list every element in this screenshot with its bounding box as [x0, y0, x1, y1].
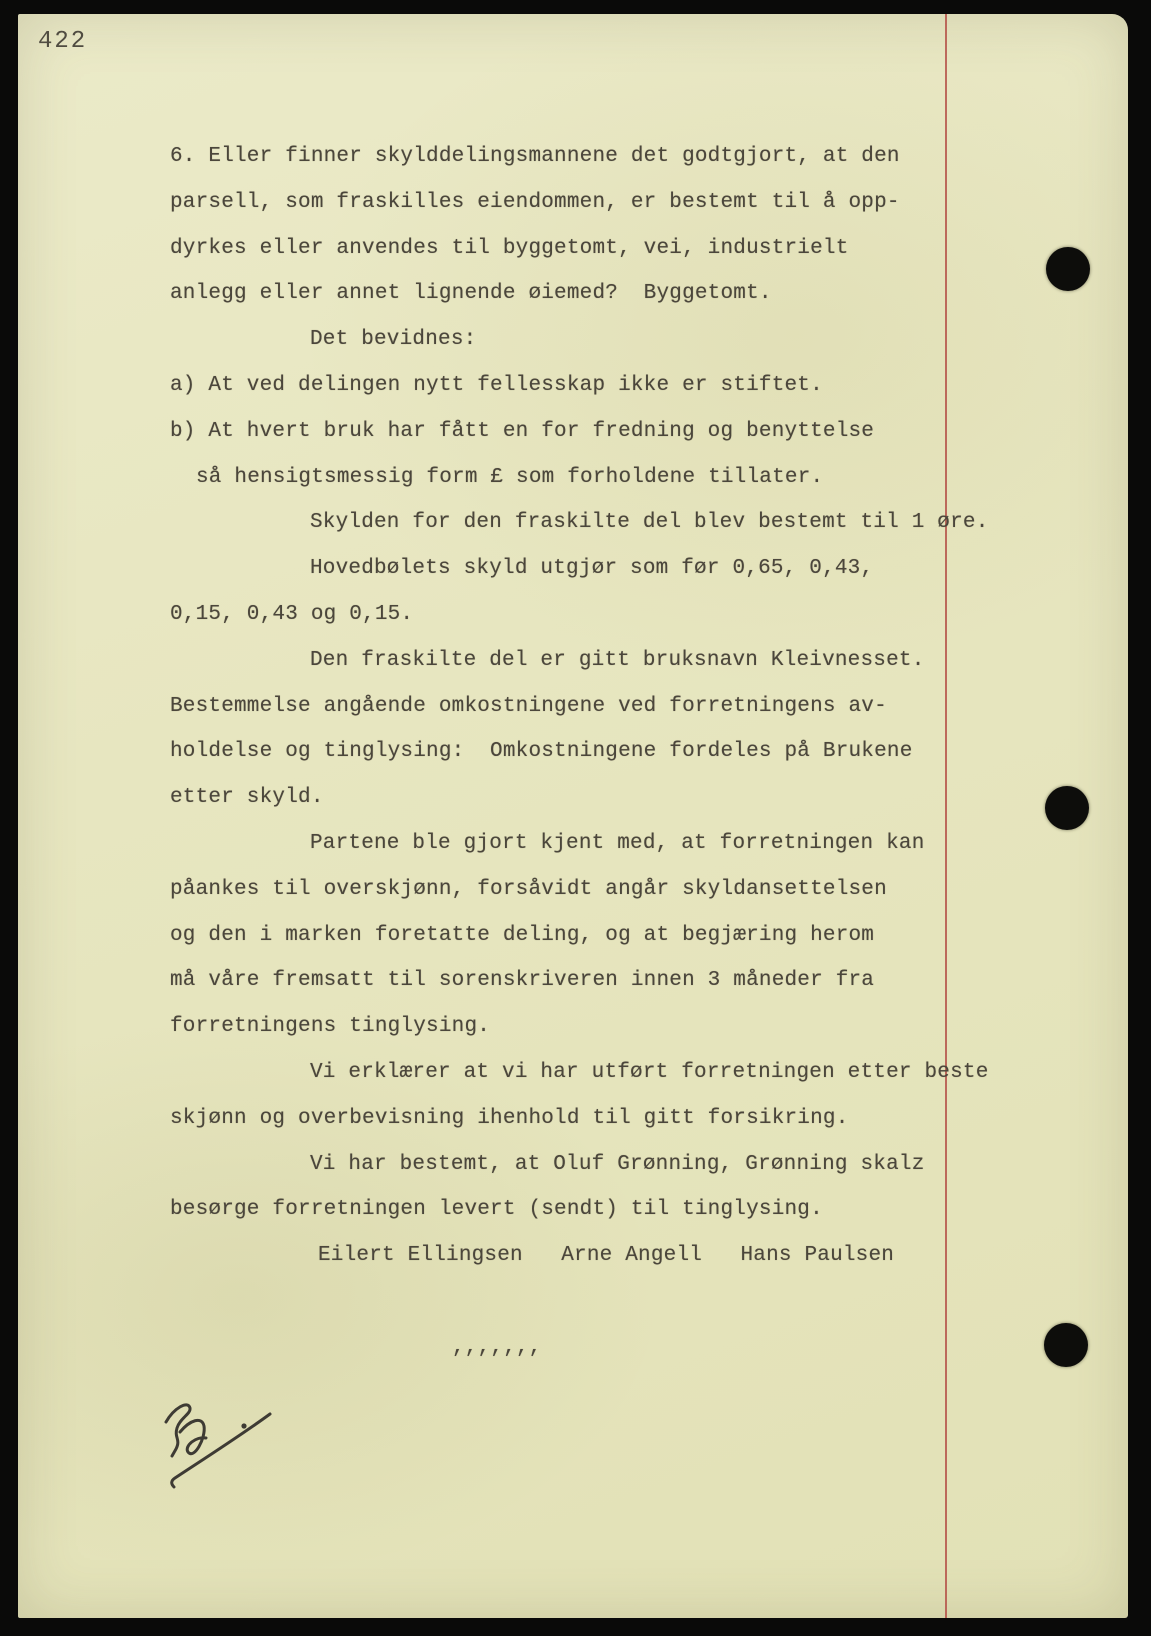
text-line: skjønn og overbevisning ihenhold til git…: [170, 1096, 1070, 1142]
text-line: dyrkes eller anvendes til byggetomt, vei…: [170, 226, 1070, 272]
paper-sheet: 422 6. Eller finner skylddelingsmannene …: [18, 14, 1128, 1618]
text-line: etter skyld.: [170, 775, 1070, 821]
text-line: må våre fremsatt til sorenskriveren inne…: [170, 958, 1070, 1004]
text-line: parsell, som fraskilles eiendommen, er b…: [170, 180, 1070, 226]
text-line: Vi erklærer at vi har utført forretninge…: [170, 1050, 1070, 1096]
text-line: Hovedbølets skyld utgjør som før 0,65, 0…: [170, 546, 1070, 592]
text-line: a) At ved delingen nytt fellesskap ikke …: [170, 363, 1070, 409]
text-line: 0,15, 0,43 og 0,15.: [170, 592, 1070, 638]
text-line: Vi har bestemt, at Oluf Grønning, Grønni…: [170, 1142, 1070, 1188]
text-line: så hensigtsmessig form £ som forholdene …: [170, 455, 1070, 501]
text-line: og den i marken foretatte deling, og at …: [170, 913, 1070, 959]
handwritten-kp-glyph: [160, 1386, 300, 1506]
scanned-document-page: 422 6. Eller finner skylddelingsmannene …: [0, 0, 1151, 1636]
text-line: Det bevidnes:: [170, 317, 1070, 363]
text-line: Eilert Ellingsen Arne Angell Hans Paulse…: [170, 1233, 1070, 1279]
handwritten-mark: [160, 1386, 300, 1506]
text-line: påankes til overskjønn, forsåvidt angår …: [170, 867, 1070, 913]
punch-hole: [1046, 247, 1090, 291]
punch-hole: [1045, 786, 1089, 830]
punch-hole: [1044, 1323, 1088, 1367]
text-line: b) At hvert bruk har fått en for frednin…: [170, 409, 1070, 455]
text-line: 6. Eller finner skylddelingsmannene det …: [170, 134, 1070, 180]
typewritten-text-block: 6. Eller finner skylddelingsmannene det …: [170, 134, 1070, 1371]
text-line: Partene ble gjort kjent med, at forretni…: [170, 821, 1070, 867]
text-line: [170, 1279, 1070, 1325]
text-line: forretningens tinglysing.: [170, 1004, 1070, 1050]
text-line: Bestemmelse angående omkostningene ved f…: [170, 684, 1070, 730]
text-line: Skylden for den fraskilte del blev beste…: [170, 500, 1070, 546]
text-line: besørge forretningen levert (sendt) til …: [170, 1187, 1070, 1233]
text-line: Den fraskilte del er gitt bruksnavn Klei…: [170, 638, 1070, 684]
text-line: anlegg eller annet lignende øiemed? Bygg…: [170, 271, 1070, 317]
text-line: ,,,,,,,: [170, 1325, 1070, 1371]
page-number: 422: [38, 28, 87, 55]
text-line: holdelse og tinglysing: Omkostningene fo…: [170, 729, 1070, 775]
